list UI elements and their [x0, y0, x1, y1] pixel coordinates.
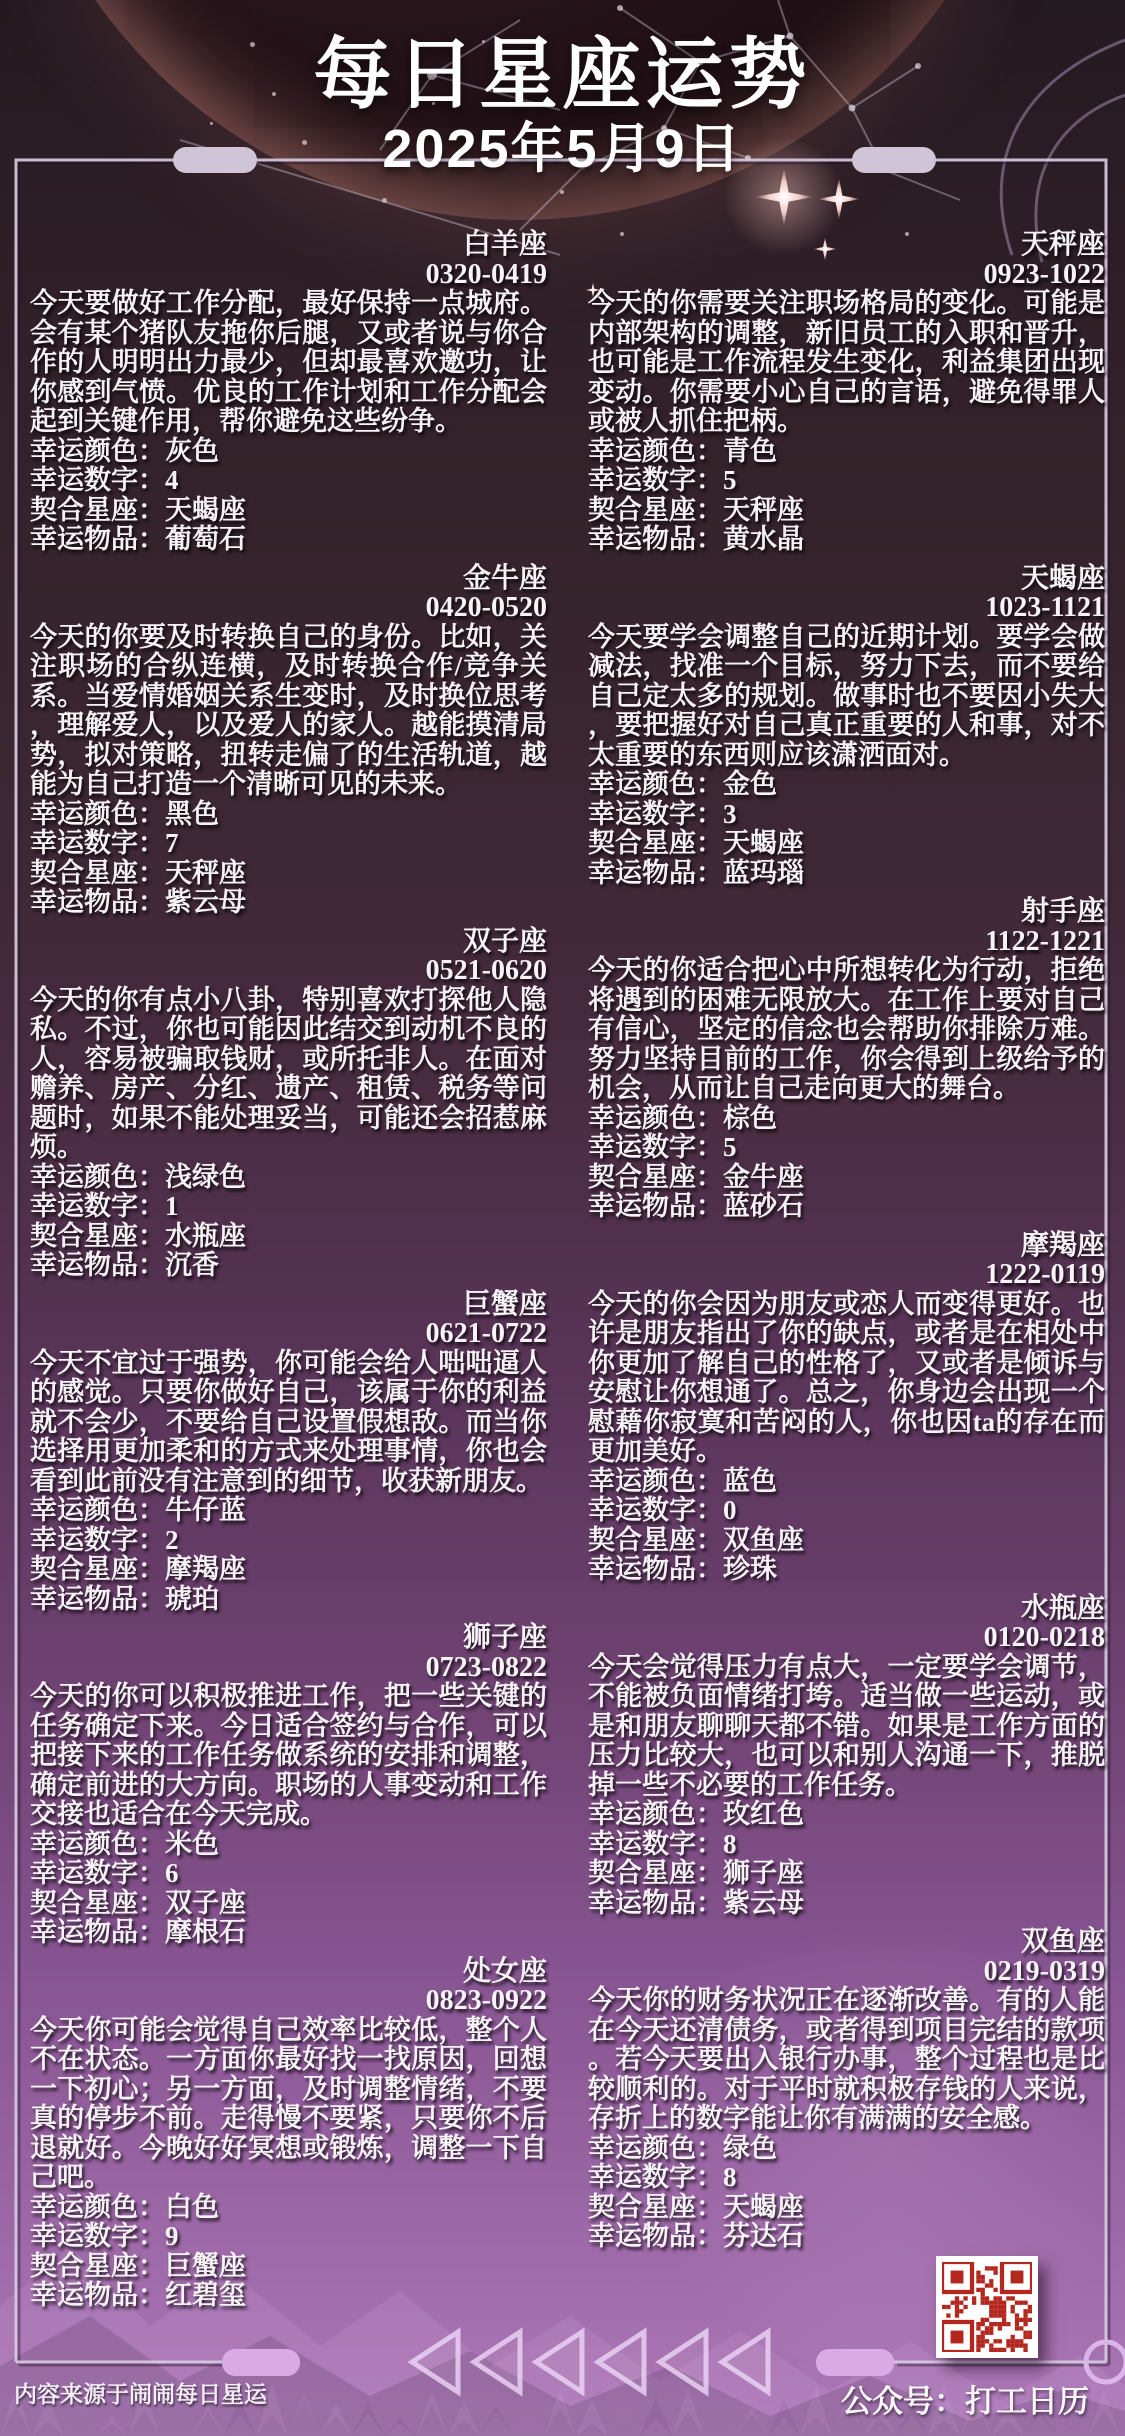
qr-code: [936, 2256, 1038, 2358]
sign-section-aquarius: 水瓶座 0120-0218 今天会觉得压力有点大，一定要学会调节，不能被负面情绪…: [588, 1594, 1105, 1919]
lucky-color-line: 幸运颜色：灰色: [30, 437, 547, 467]
sign-section-cancer: 巨蟹座 0621-0722 今天不宜过于强势，你可能会给人咄咄逼人的感觉。只要你…: [30, 1290, 547, 1615]
sign-date-range: 0420-0520: [30, 593, 547, 623]
lucky-color-line: 幸运颜色：蓝色: [588, 1467, 1105, 1497]
frame-ring-decoration: [1086, 2342, 1125, 2382]
match-sign-line: 契合星座：天蝎座: [588, 2193, 1105, 2223]
lucky-item-line: 幸运物品：黄水晶: [588, 525, 1105, 555]
sign-section-aries: 白羊座 0320-0419 今天要做好工作分配，最好保持一点城府。会有某个猪队友…: [30, 230, 547, 555]
sign-name: 白羊座: [30, 230, 547, 260]
sign-name: 摩羯座: [588, 1231, 1105, 1261]
lucky-number-line: 幸运数字：9: [30, 2222, 547, 2252]
match-sign-line: 契合星座：天秤座: [588, 496, 1105, 526]
match-sign-line: 契合星座：双子座: [30, 1889, 547, 1919]
sign-date-range: 0320-0419: [30, 260, 547, 290]
match-sign-line: 契合星座：天秤座: [30, 859, 547, 889]
lucky-number-line: 幸运数字：3: [588, 800, 1105, 830]
sign-date-range: 0521-0620: [30, 956, 547, 986]
lucky-color-line: 幸运颜色：青色: [588, 437, 1105, 467]
lucky-color-line: 幸运颜色：棕色: [588, 1104, 1105, 1134]
sign-date-range: 0823-0922: [30, 1986, 547, 2016]
sign-horoscope-text: 今天你可能会觉得自己效率比较低，整个人不在状态。一方面你最好找一找原因，回想一下…: [30, 2016, 547, 2193]
lucky-number-line: 幸运数字：7: [30, 829, 547, 859]
lucky-item-line: 幸运物品：紫云母: [588, 1889, 1105, 1919]
sign-horoscope-text: 今天会觉得压力有点大，一定要学会调节，不能被负面情绪打垮。适当做一些运动，或是和…: [588, 1653, 1105, 1801]
match-sign-line: 契合星座：天蝎座: [588, 829, 1105, 859]
lucky-color-line: 幸运颜色：牛仔蓝: [30, 1496, 547, 1526]
sign-section-gemini: 双子座 0521-0620 今天的你有点小八卦，特别喜欢打探他人隐私。不过，你也…: [30, 927, 547, 1281]
lucky-item-line: 幸运物品：芬达石: [588, 2222, 1105, 2252]
footer-account-text: 公众号：打工日历: [841, 2376, 1089, 2421]
sign-horoscope-text: 今天不宜过于强势，你可能会给人咄咄逼人的感觉。只要你做好自己，该属于你的利益就不…: [30, 1349, 547, 1497]
match-sign-line: 契合星座：巨蟹座: [30, 2252, 547, 2282]
star-dot: [382, 198, 387, 203]
horoscope-poster: 每日星座运势 2025年5月9日 白羊座 0320-0419 今天要做好工作分配…: [0, 0, 1125, 2436]
sign-name: 天秤座: [588, 230, 1105, 260]
lucky-number-line: 幸运数字：2: [30, 1526, 547, 1556]
sign-section-capricorn: 摩羯座 1222-0119 今天的你会因为朋友或恋人而变得更好。也许是朋友指出了…: [588, 1231, 1105, 1585]
lucky-number-line: 幸运数字：8: [588, 2163, 1105, 2193]
frame-handle-pill: [222, 2349, 300, 2376]
lucky-number-line: 幸运数字：8: [588, 1830, 1105, 1860]
sign-name: 双子座: [30, 927, 547, 957]
lucky-item-line: 幸运物品：红碧玺: [30, 2281, 547, 2311]
sign-horoscope-text: 今天你的财务状况正在逐渐改善。有的人能在今天还清债务，或者得到项目完结的款项。若…: [588, 1986, 1105, 2134]
lucky-number-line: 幸运数字：6: [30, 1859, 547, 1889]
sign-date-range: 0219-0319: [588, 1957, 1105, 1987]
sign-date-range: 1122-1221: [588, 927, 1105, 957]
sign-horoscope-text: 今天的你可以积极推进工作，把一些关键的任务确定下来。今日适合签约与合作，可以把接…: [30, 1682, 547, 1830]
sign-section-scorpio: 天蝎座 1023-1121 今天要学会调整自己的近期计划。要学会做减法，找准一个…: [588, 564, 1105, 889]
match-sign-line: 契合星座：水瓶座: [30, 1222, 547, 1252]
lucky-color-line: 幸运颜色：绿色: [588, 2134, 1105, 2164]
lucky-color-line: 幸运颜色：黑色: [30, 800, 547, 830]
sign-date-range: 1023-1121: [588, 593, 1105, 623]
match-sign-line: 契合星座：双鱼座: [588, 1526, 1105, 1556]
sign-date-range: 0120-0218: [588, 1623, 1105, 1653]
match-sign-line: 契合星座：金牛座: [588, 1163, 1105, 1193]
triangle-arrows-decoration: [412, 2332, 768, 2392]
qr-code-pattern: [942, 2262, 1032, 2352]
footer-source-text: 内容来源于闹闹每日星运: [14, 2376, 267, 2409]
lucky-color-line: 幸运颜色：白色: [30, 2193, 547, 2223]
sign-section-virgo: 处女座 0823-0922 今天你可能会觉得自己效率比较低，整个人不在状态。一方…: [30, 1957, 547, 2311]
sign-name: 狮子座: [30, 1623, 547, 1653]
sign-horoscope-text: 今天的你会因为朋友或恋人而变得更好。也许是朋友指出了你的缺点，或者是在相处中你更…: [588, 1290, 1105, 1467]
sign-section-pisces: 双鱼座 0219-0319 今天你的财务状况正在逐渐改善。有的人能在今天还清债务…: [588, 1927, 1105, 2252]
sign-horoscope-text: 今天要学会调整自己的近期计划。要学会做减法，找准一个目标，努力下去，而不要给自己…: [588, 623, 1105, 771]
lucky-number-line: 幸运数字：5: [588, 1133, 1105, 1163]
sign-horoscope-text: 今天的你需要关注职场格局的变化。可能是内部架构的调整，新旧员工的入职和晋升，也可…: [588, 289, 1105, 437]
match-sign-line: 契合星座：摩羯座: [30, 1555, 547, 1585]
sign-section-libra: 天秤座 0923-1022 今天的你需要关注职场格局的变化。可能是内部架构的调整…: [588, 230, 1105, 555]
lucky-item-line: 幸运物品：蓝砂石: [588, 1192, 1105, 1222]
lucky-item-line: 幸运物品：紫云母: [30, 888, 547, 918]
lucky-number-line: 幸运数字：4: [30, 466, 547, 496]
sign-name: 处女座: [30, 1957, 547, 1987]
right-column: 天秤座 0923-1022 今天的你需要关注职场格局的变化。可能是内部架构的调整…: [588, 230, 1105, 2261]
sign-section-leo: 狮子座 0723-0822 今天的你可以积极推进工作，把一些关键的任务确定下来。…: [30, 1623, 547, 1948]
lucky-number-line: 幸运数字：1: [30, 1192, 547, 1222]
lucky-item-line: 幸运物品：琥珀: [30, 1585, 547, 1615]
left-column: 白羊座 0320-0419 今天要做好工作分配，最好保持一点城府。会有某个猪队友…: [30, 230, 547, 2320]
lucky-item-line: 幸运物品：摩根石: [30, 1918, 547, 1948]
lucky-item-line: 幸运物品：葡萄石: [30, 525, 547, 555]
sign-date-range: 0923-1022: [588, 260, 1105, 290]
lucky-color-line: 幸运颜色：玫红色: [588, 1800, 1105, 1830]
match-sign-line: 契合星座：狮子座: [588, 1859, 1105, 1889]
sign-horoscope-text: 今天的你适合把心中所想转化为行动，拒绝将遇到的困难无限放大。在工作上要对自己有信…: [588, 956, 1105, 1104]
lucky-color-line: 幸运颜色：米色: [30, 1830, 547, 1860]
sign-date-range: 0621-0722: [30, 1319, 547, 1349]
sign-name: 金牛座: [30, 564, 547, 594]
match-sign-line: 契合星座：天蝎座: [30, 496, 547, 526]
sign-section-taurus: 金牛座 0420-0520 今天的你要及时转换自己的身份。比如，关注职场的合纵连…: [30, 564, 547, 918]
sign-date-range: 0723-0822: [30, 1653, 547, 1683]
sign-name: 水瓶座: [588, 1594, 1105, 1624]
sign-horoscope-text: 今天的你有点小八卦，特别喜欢打探他人隐私。不过，你也可能因此结交到动机不良的人，…: [30, 986, 547, 1163]
lucky-color-line: 幸运颜色：浅绿色: [30, 1163, 547, 1193]
sign-horoscope-text: 今天的你要及时转换自己的身份。比如，关注职场的合纵连横，及时转换合作/竞争关系。…: [30, 623, 547, 800]
sign-horoscope-text: 今天要做好工作分配，最好保持一点城府。会有某个猪队友拖你后腿，又或者说与你合作的…: [30, 289, 547, 437]
star-dot: [560, 190, 564, 194]
sign-date-range: 1222-0119: [588, 1260, 1105, 1290]
lucky-item-line: 幸运物品：珍珠: [588, 1555, 1105, 1585]
lucky-number-line: 幸运数字：0: [588, 1496, 1105, 1526]
lucky-color-line: 幸运颜色：金色: [588, 770, 1105, 800]
sign-name: 巨蟹座: [30, 1290, 547, 1320]
page-date: 2025年5月9日: [0, 106, 1125, 183]
sign-section-sagittarius: 射手座 1122-1221 今天的你适合把心中所想转化为行动，拒绝将遇到的困难无…: [588, 897, 1105, 1222]
sign-name: 天蝎座: [588, 564, 1105, 594]
lucky-number-line: 幸运数字：5: [588, 466, 1105, 496]
sign-name: 射手座: [588, 897, 1105, 927]
lucky-item-line: 幸运物品：蓝玛瑙: [588, 859, 1105, 889]
sign-name: 双鱼座: [588, 1927, 1105, 1957]
lucky-item-line: 幸运物品：沉香: [30, 1251, 547, 1281]
